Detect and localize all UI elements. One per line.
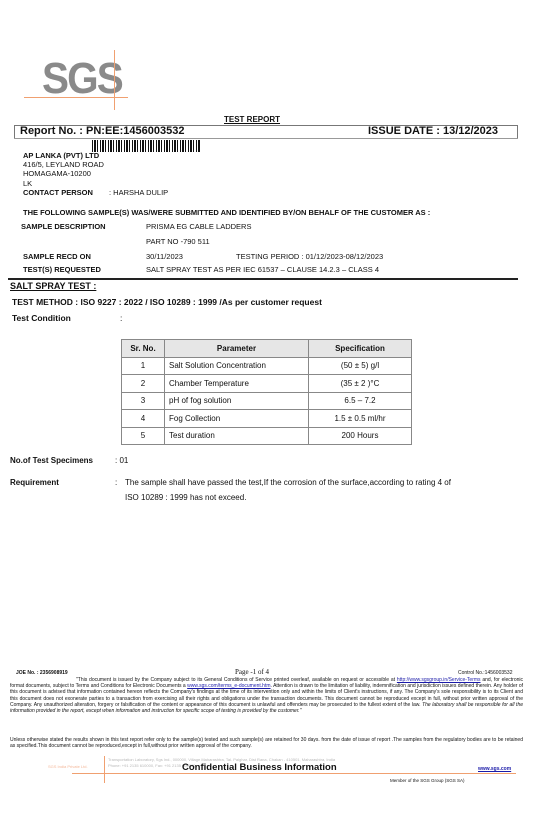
e-document-terms-link[interactable]: www.sgs.com/terms_e-document.htm: [187, 683, 270, 689]
specification-cell: 1.5 ± 0.5 ml/hr: [309, 410, 412, 428]
report-title: TEST REPORT: [224, 115, 280, 124]
member-of-sgs-group: Member of the SGS Group (SGS SA): [390, 778, 465, 783]
sample-description-label: SAMPLE DESCRIPTION: [21, 222, 106, 231]
specification-cell: (50 ± 5) g/l: [309, 357, 412, 375]
test-condition-colon: :: [120, 313, 122, 323]
section-divider: [8, 278, 518, 280]
report-header-divider: [14, 138, 518, 139]
customer-address-line2: HOMAGAMA-10200: [23, 169, 91, 178]
test-condition-table: Sr. No. Parameter Specification 1 Salt S…: [121, 339, 412, 445]
specimens-value: : 01: [115, 456, 128, 465]
test-condition-label: Test Condition: [12, 313, 71, 323]
table-row: 1 Salt Solution Concentration (50 ± 5) g…: [122, 357, 412, 375]
specification-cell: 200 Hours: [309, 427, 412, 445]
specification-cell: 6.5 – 7.2: [309, 392, 412, 410]
specification-cell: (35 ± 2 )°C: [309, 375, 412, 393]
contact-person-value: : HARSHA DULIP: [109, 188, 168, 197]
sgs-logo: SGS: [22, 50, 130, 102]
parameter-cell: Test duration: [165, 427, 309, 445]
table-row: 5 Test duration 200 Hours: [122, 427, 412, 445]
specimens-label: No.of Test Specimens: [10, 456, 93, 465]
confidential-label: Confidential Business Information: [182, 762, 337, 773]
requirement-text-line1: The sample shall have passed the test,If…: [125, 478, 451, 487]
control-number: Control No.:1456003532: [458, 670, 513, 676]
customer-name: AP LANKA (PVT) LTD: [23, 151, 99, 160]
table-row: 2 Chamber Temperature (35 ± 2 )°C: [122, 375, 412, 393]
company-name-faded: SGS India Private Ltd.: [48, 764, 88, 769]
sr-no-cell: 1: [122, 357, 165, 375]
section-title: SALT SPRAY TEST :: [10, 281, 96, 291]
customer-address-line1: 416/5, LEYLAND ROAD: [23, 160, 104, 169]
parameter-cell: pH of fog solution: [165, 392, 309, 410]
contact-person-label: CONTACT PERSON: [23, 188, 93, 197]
sr-no-cell: 3: [122, 392, 165, 410]
customer-country: LK: [23, 179, 32, 188]
testing-period: TESTING PERIOD : 01/12/2023-08/12/2023: [236, 252, 383, 261]
logo-vertical-line: [114, 50, 115, 110]
column-header: Sr. No.: [122, 340, 165, 358]
disclaimer-start: "This document is issued by the Company …: [76, 677, 397, 683]
parameter-cell: Chamber Temperature: [165, 375, 309, 393]
sample-description-value: PRISMA EG CABLE LADDERS: [146, 222, 251, 231]
tests-requested-value: SALT SPRAY TEST AS PER IEC 61537 – CLAUS…: [146, 265, 379, 274]
sample-recd-label: SAMPLE RECD ON: [23, 252, 91, 261]
report-number: Report No. : PN:EE:1456003532: [20, 125, 184, 137]
test-method: TEST METHOD : ISO 9227 : 2022 / ISO 1028…: [12, 297, 322, 307]
part-number: PART NO -790 511: [146, 237, 210, 246]
table-row: 3 pH of fog solution 6.5 – 7.2: [122, 392, 412, 410]
requirement-label: Requirement: [10, 478, 59, 487]
sgs-website-link[interactable]: www.sgs.com: [478, 766, 511, 772]
requirement-text-line2: ISO 10289 : 1999 has not exceed.: [125, 493, 246, 502]
column-header: Parameter: [165, 340, 309, 358]
column-header: Specification: [309, 340, 412, 358]
sr-no-cell: 5: [122, 427, 165, 445]
sample-recd-value: 30/11/2023: [146, 252, 183, 261]
requirement-colon: :: [115, 478, 117, 487]
logo-horizontal-line: [24, 97, 128, 98]
sr-no-cell: 4: [122, 410, 165, 428]
service-terms-link[interactable]: http://www.sgsgroup.in/Service-Terms: [397, 677, 481, 683]
sr-no-cell: 2: [122, 375, 165, 393]
page-number: Page -1 of 4: [235, 668, 269, 676]
footer-horizontal-line: [72, 773, 516, 774]
joe-number: JOE No. : 2356908919: [16, 670, 68, 676]
table-row: 4 Fog Collection 1.5 ± 0.5 ml/hr: [122, 410, 412, 428]
disclaimer: "This document is issued by the Company …: [10, 677, 523, 714]
retention-notice: Unless otherwise stated the results show…: [10, 737, 523, 749]
tests-requested-label: TEST(S) REQUESTED: [23, 265, 101, 274]
table-header-row: Sr. No. Parameter Specification: [122, 340, 412, 358]
barcode: [92, 140, 200, 152]
footer-vertical-line: [104, 756, 105, 783]
parameter-cell: Salt Solution Concentration: [165, 357, 309, 375]
sample-intro: THE FOLLOWING SAMPLE(S) WAS/WERE SUBMITT…: [23, 208, 430, 217]
issue-date: ISSUE DATE : 13/12/2023: [368, 125, 498, 137]
parameter-cell: Fog Collection: [165, 410, 309, 428]
